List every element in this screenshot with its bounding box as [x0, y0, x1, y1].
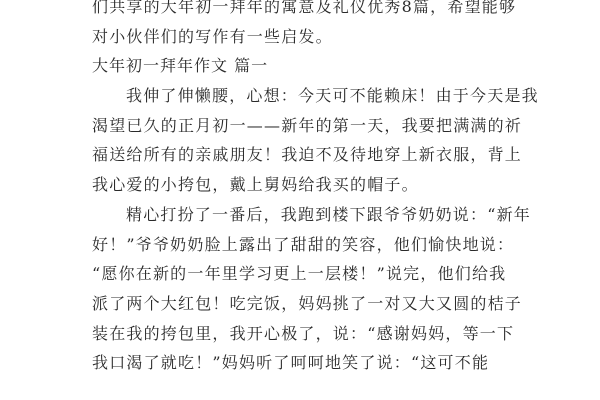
paragraph-line: 好！”爷爷奶奶脸上露出了甜甜的笑容，他们愉快地说：	[92, 230, 518, 260]
paragraph-line: “愿你在新的一年里学习更上一层楼！”说完，他们给我	[92, 259, 518, 289]
paragraph-line: 渴望已久的正月初一——新年的第一天，我要把满满的祈	[92, 111, 518, 141]
paragraph-line: 我伸了伸懒腰，心想：今天可不能赖床！由于今天是我	[92, 81, 518, 111]
paragraph-line: 精心打扮了一番后，我跑到楼下跟爷爷奶奶说：“新年	[92, 200, 518, 230]
paragraph-line: 我口渴了就吃！”妈妈听了呵呵地笑了说：“这可不能	[92, 348, 518, 378]
section-title: 大年初一拜年作文 篇一	[92, 51, 518, 81]
paragraph-line: 福送给所有的亲戚朋友！我迫不及待地穿上新衣服，背上	[92, 140, 518, 170]
paragraph-1: 我伸了伸懒腰，心想：今天可不能赖床！由于今天是我 渴望已久的正月初一——新年的第…	[92, 81, 518, 200]
paragraph-line: 我心爱的小挎包，戴上舅妈给我买的帽子。	[92, 170, 518, 200]
document-page: 们共享的大年初一拜年的寓意及礼仪优秀8篇，希望能够 对小伙伴们的写作有一些启发。…	[92, 0, 518, 378]
intro-line: 们共享的大年初一拜年的寓意及礼仪优秀8篇，希望能够	[92, 0, 518, 22]
intro-line: 对小伙伴们的写作有一些启发。	[92, 22, 518, 52]
paragraph-2: 精心打扮了一番后，我跑到楼下跟爷爷奶奶说：“新年 好！”爷爷奶奶脸上露出了甜甜的…	[92, 200, 518, 378]
paragraph-line: 装在我的挎包里，我开心极了，说：“感谢妈妈，等一下	[92, 319, 518, 349]
paragraph-line: 派了两个大红包！吃完饭，妈妈挑了一对又大又圆的桔子	[92, 289, 518, 319]
